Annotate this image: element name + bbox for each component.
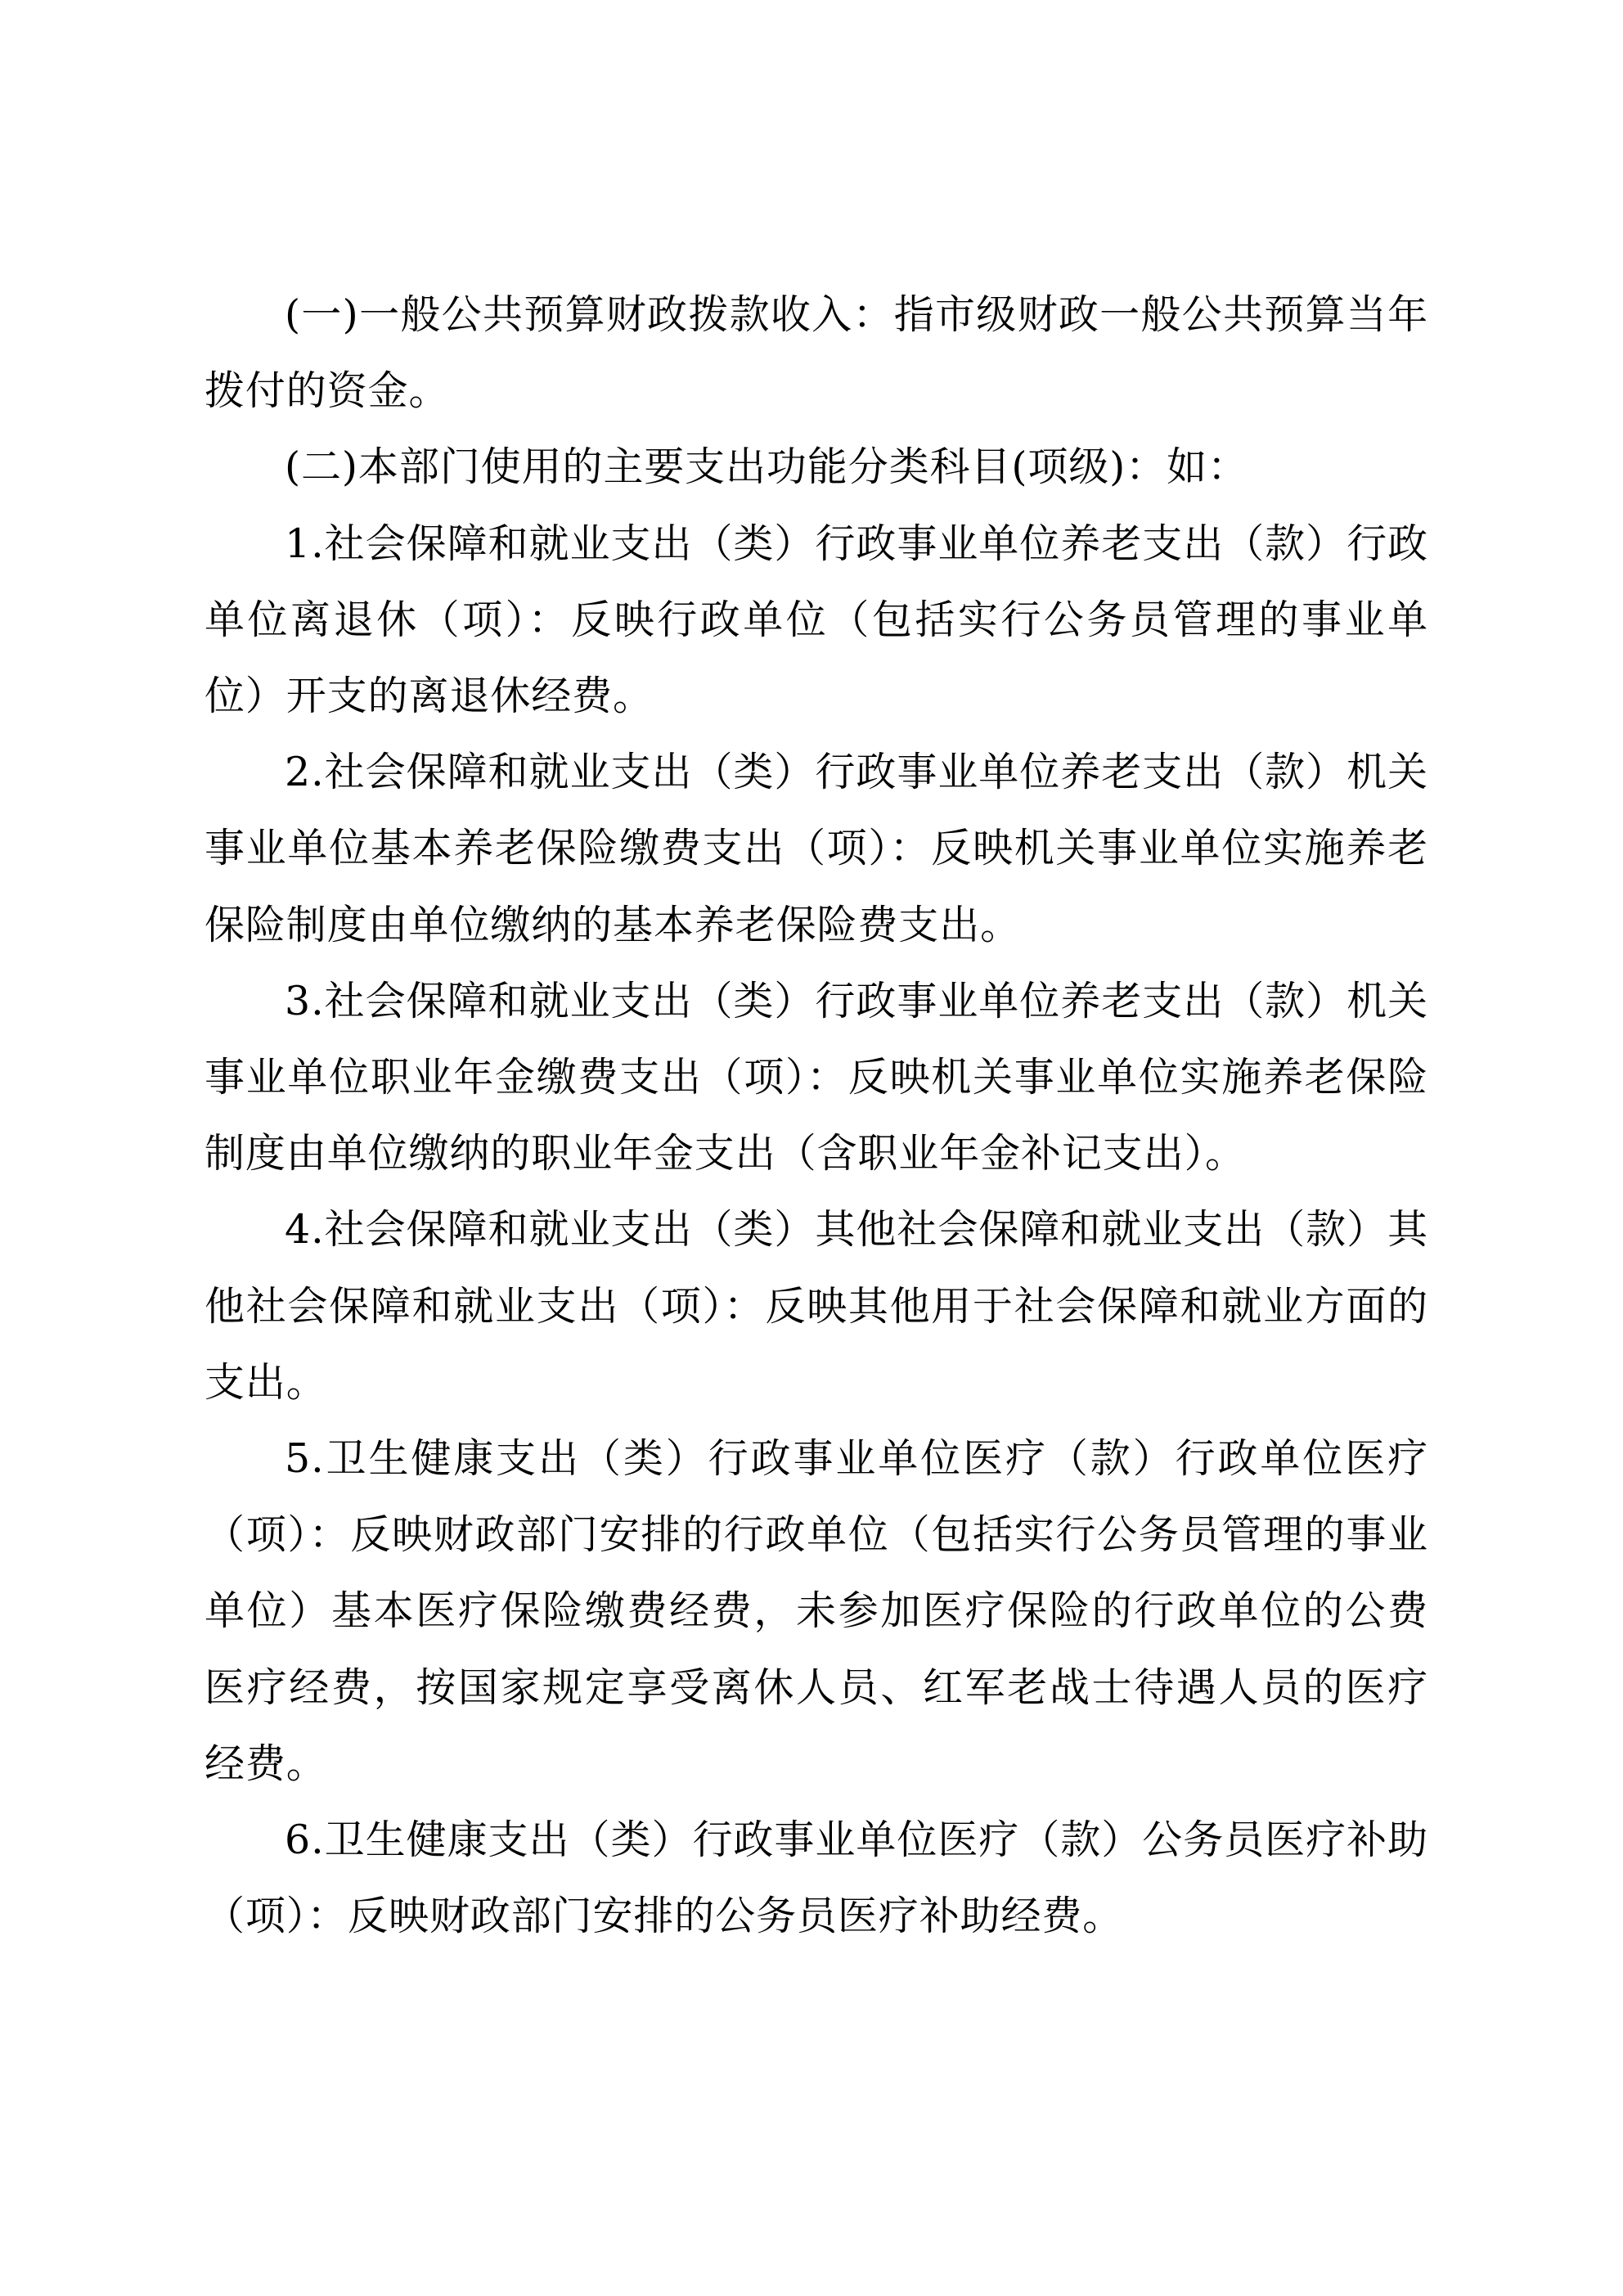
paragraph-item-3-occupational-annuity: 3.社会保障和就业支出（类）行政事业单位养老支出（款）机关事业单位职业年金缴费支… [205,963,1428,1192]
paragraph-item-2-basic-pension: 2.社会保障和就业支出（类）行政事业单位养老支出（款）机关事业单位基本养老保险缴… [205,734,1428,963]
paragraph-item-5-administrative-medical: 5.卫生健康支出（类）行政事业单位医疗（款）行政单位医疗（项）：反映财政部门安排… [205,1420,1428,1802]
paragraph-item-4-other-social-security: 4.社会保障和就业支出（类）其他社会保障和就业支出（款）其他社会保障和就业支出（… [205,1191,1428,1420]
paragraph-item-6-civil-servant-medical-subsidy: 6.卫生健康支出（类）行政事业单位医疗（款）公务员医疗补助（项）：反映财政部门安… [205,1802,1428,1954]
paragraph-item-1-retirement: 1.社会保障和就业支出（类）行政事业单位养老支出（款）行政单位离退休（项）：反映… [205,506,1428,735]
paragraph-general-budget-income: (一)一般公共预算财政拨款收入：指市级财政一般公共预算当年拨付的资金。 [205,277,1428,429]
document-page: (一)一般公共预算财政拨款收入：指市级财政一般公共预算当年拨付的资金。 (二)本… [205,277,1428,1954]
paragraph-expenditure-categories-heading: (二)本部门使用的主要支出功能分类科目(项级)：如： [205,429,1428,505]
